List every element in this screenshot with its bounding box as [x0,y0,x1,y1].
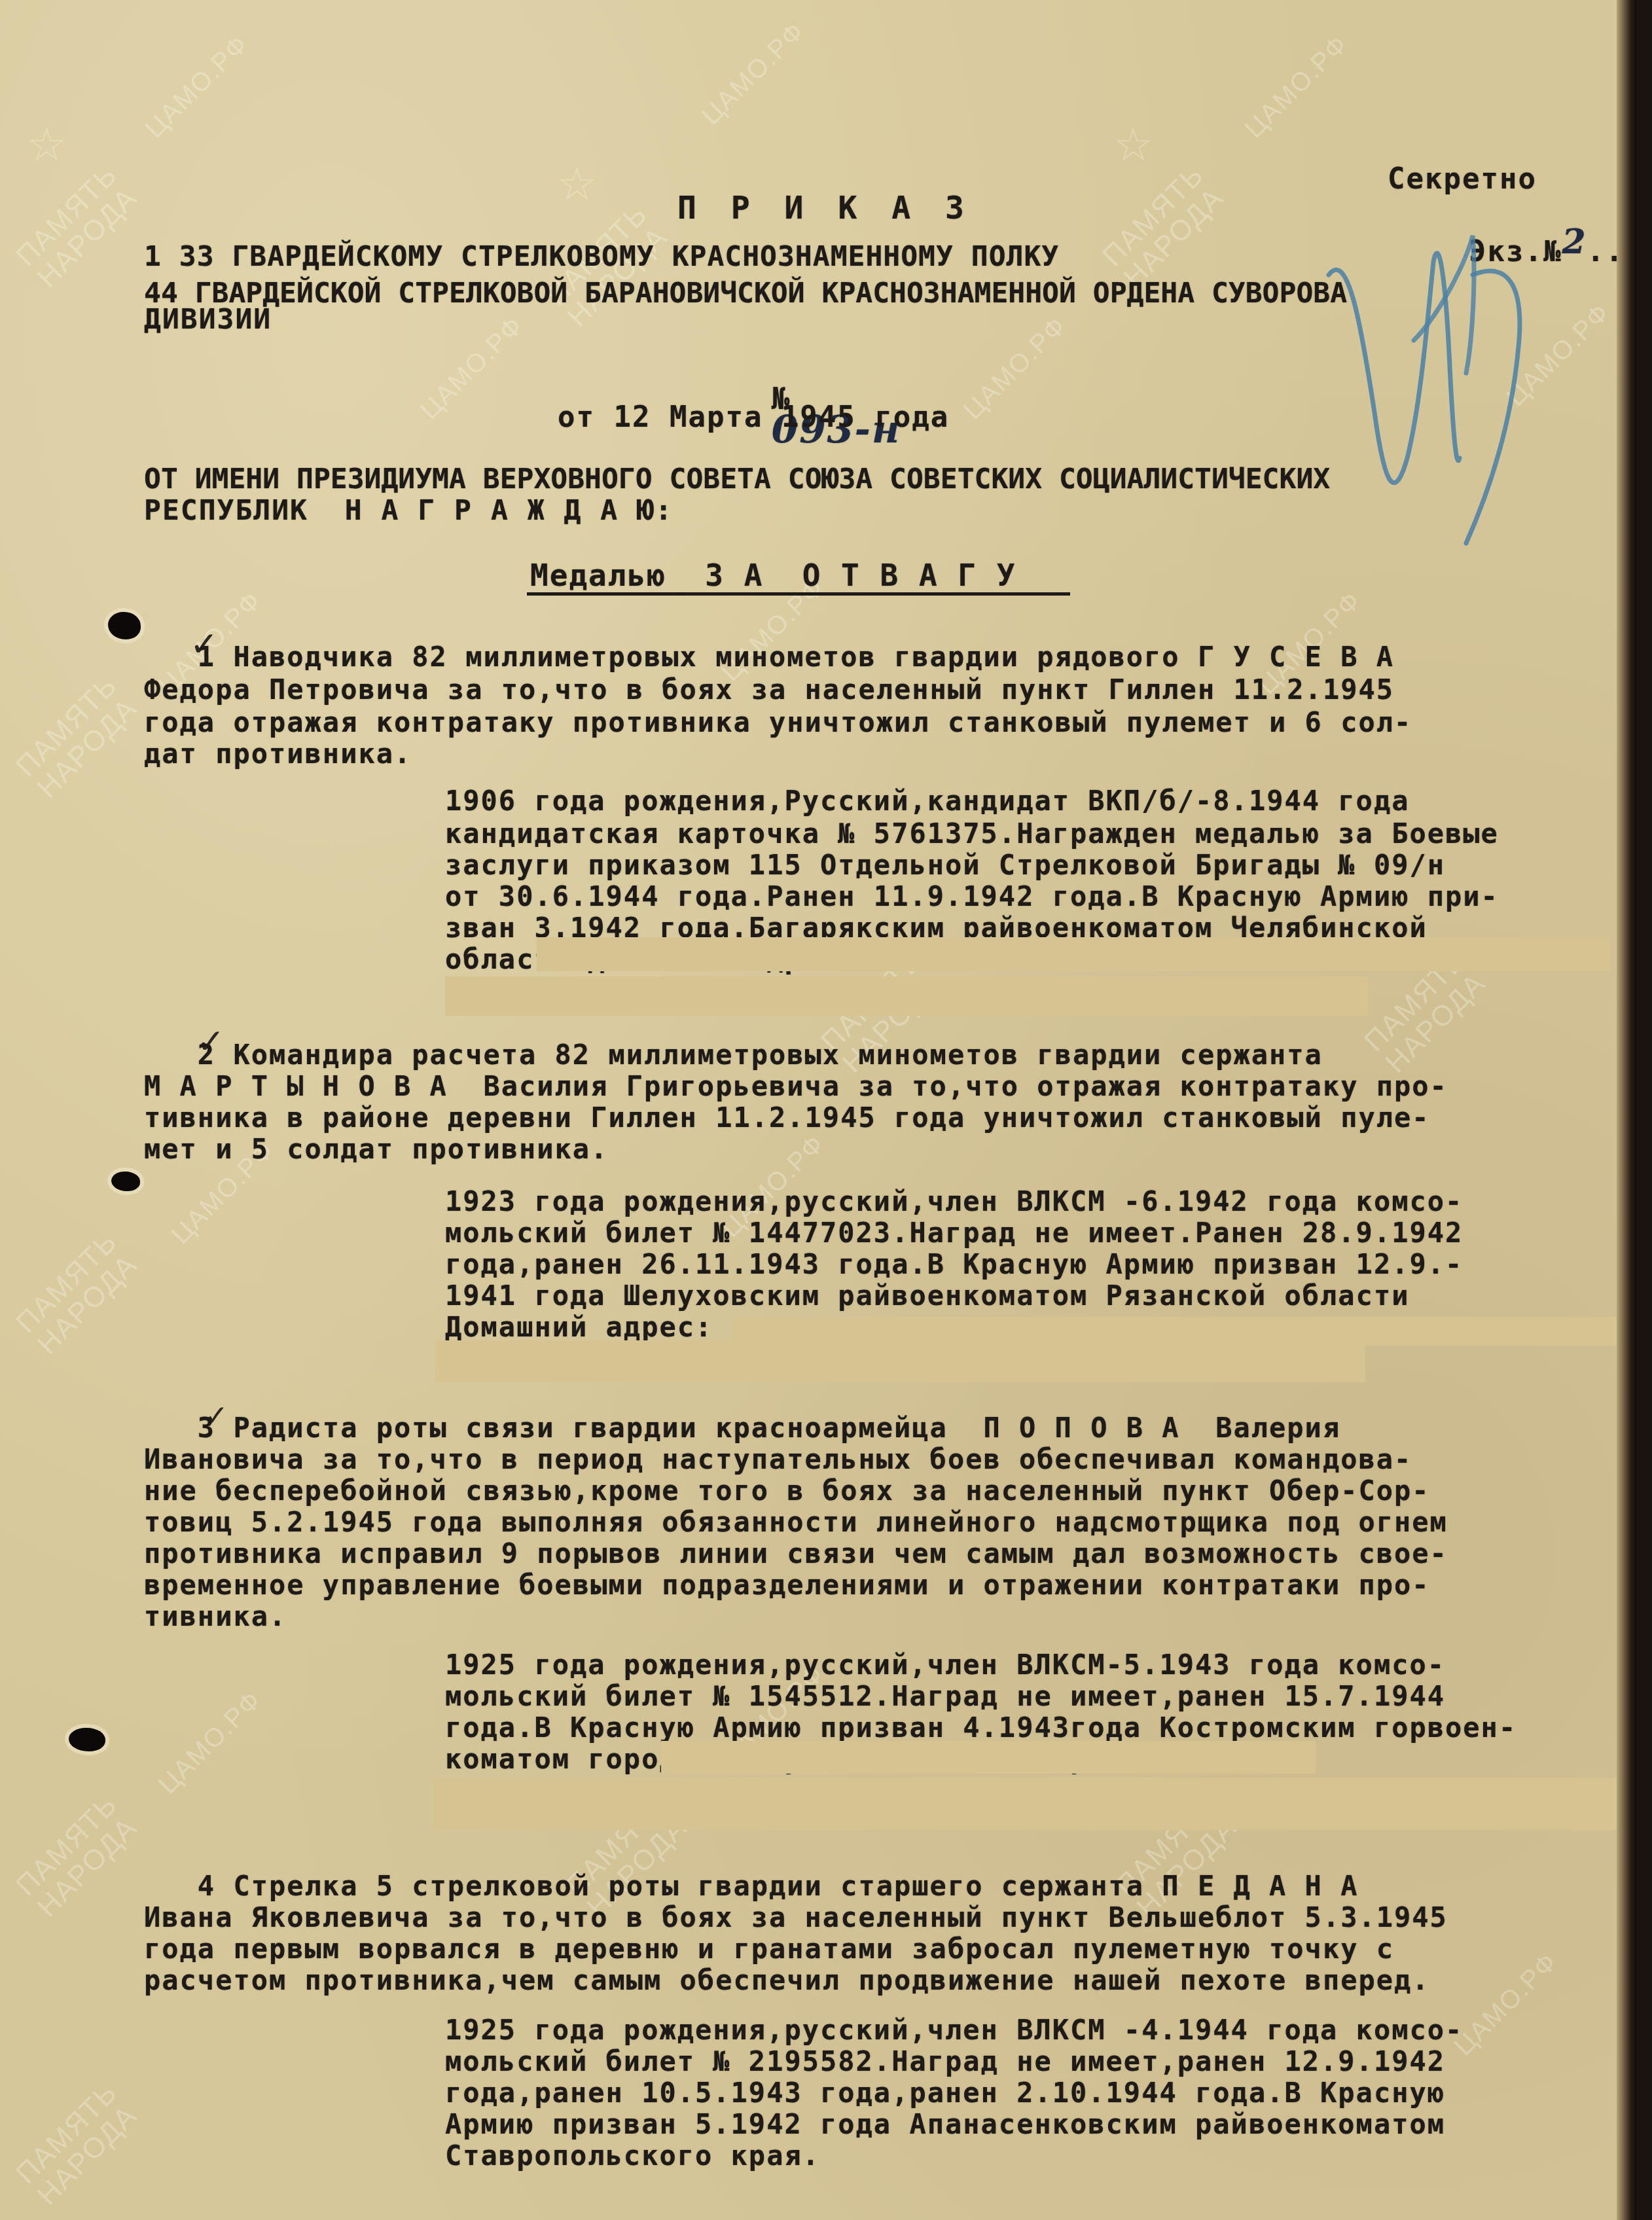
watermark-archive: ЦАМО.РФ [958,311,1073,425]
entry-1-citation-line: дат противника. [144,738,412,770]
entry-3-bio-line: мольский билет № 1545512.Наград не имеет… [445,1681,1445,1712]
award-title: Медалью З А О Т В А Г У [530,558,1016,593]
unit-line-3: ДИВИЗИИ [144,304,272,335]
watermark-project: ПАМЯТЬ НАРОДА [10,1789,144,1923]
punch-hole [111,1172,140,1191]
redacted-address [435,1340,1365,1382]
watermark-archive: ЦАМО.РФ [140,29,255,144]
entry-2-bio-line: 1941 года Шелуховским райвоенкоматом Ряз… [445,1280,1409,1312]
entry-3-citation-line: тивника. [144,1601,287,1632]
entry-4-citation-line: Ивана Яковлевича за то,что в боях за нас… [144,1902,1448,1933]
watermark-archive: ЦАМО.РФ [1240,29,1354,144]
watermark-project: ПАМЯТЬ НАРОДА [10,1226,144,1360]
preamble-line-2: РЕСПУБЛИК Н А Г Р А Ж Д А Ю: [144,495,673,526]
document-page: ЦАМО.РФ ЦАМО.РФ ЦАМО.РФ ЦАМО.РФ ЦАМО.РФ … [0,0,1636,2220]
entry-1-citation-line: 1 Наводчика 82 миллиметровых минометов г… [144,641,1394,673]
watermark-star-icon: ☆ [556,157,598,211]
entry-2-bio-line: года,ранен 26.11.1943 года.В Красную Арм… [445,1249,1463,1280]
entry-3-citation-line: 3 Радиста роты связи гвардии красноармей… [144,1412,1340,1444]
entry-1-bio-line: заслуги приказом 115 Отдельной Стрелково… [445,850,1445,881]
award-title-underline [527,592,1070,596]
pencil-signature-mark [1309,196,1558,563]
entry-3-citation-line: Ивановича за то,что в период наступатель… [144,1444,1412,1475]
entry-2-citation-line: тивника в районе деревни Гиллен 11.2.194… [144,1102,1430,1134]
entry-2-bio-line: 1923 года рождения,русский,член ВЛКСМ -6… [445,1186,1463,1217]
entry-1-citation-line: Федора Петровича за то,что в боях за нас… [144,674,1394,706]
watermark-project: ПАМЯТЬ НАРОДА [10,160,144,293]
redacted-address [433,1778,1636,1830]
watermark-project: ПАМЯТЬ НАРОДА [1097,160,1230,293]
entry-4-bio-line: года,ранен 10.5.1943 года,ранен 2.10.194… [445,2077,1445,2109]
punch-hole [108,612,141,639]
paper-edge [1617,0,1636,2220]
entry-4-citation-line: года первым ворвался в деревню и граната… [144,1933,1394,1965]
entry-2-citation-line: мет и 5 солдат противника. [144,1134,608,1165]
copy-number-value: 2 [1562,222,1587,262]
entry-1-bio-line: 1906 года рождения,Русский,кандидат ВКП/… [445,785,1409,817]
redacted-address [661,1741,1316,1774]
entry-4-bio-line: мольский билет № 2195582.Наград не имеет… [445,2046,1445,2077]
watermark-archive: ЦАМО.РФ [1449,1947,1564,2062]
watermark-archive: ЦАМО.РФ [415,311,530,425]
entry-3-citation-line: временное управление боевыми подразделен… [144,1569,1430,1601]
watermark-project: ПАМЯТЬ НАРОДА [10,2077,144,2211]
entry-2-citation-line: 2 Командира расчета 82 миллиметровых мин… [144,1039,1323,1071]
entry-4-bio-line: Ставропольского края. [445,2140,820,2172]
watermark-star-icon: ☆ [26,118,67,171]
watermark-star-icon: ☆ [1113,118,1154,171]
redacted-address [537,937,1610,971]
unit-line-2: 44 ГВАРДЕЙСКОЙ СТРЕЛКОВОЙ БАРАНОВИЧСКОЙ … [144,277,1347,309]
entry-2-citation-line: М А Р Т Ы Н О В А Василия Григорьевича з… [144,1071,1448,1102]
document-title: П Р И К А З [677,190,972,226]
classification-label: Секретно [1388,162,1537,196]
entry-3-citation-line: ние бесперебойной связью,кроме того в бо… [144,1475,1430,1507]
entry-4-citation-line: 4 Стрелка 5 стрелковой роты гвардии стар… [144,1871,1358,1902]
entry-4-bio-line: 1925 года рождения,русский,член ВЛКСМ -4… [445,2014,1463,2046]
entry-4-citation-line: расчетом противника,чем самым обеспечил … [144,1965,1430,1996]
redacted-address [445,976,1368,1016]
entry-1-citation-line: года отражая контратаку противника уничт… [144,707,1412,738]
entry-2-bio-line: мольский билет № 14477023.Наград не имее… [445,1217,1463,1249]
punch-hole [69,1728,105,1751]
preamble-line-1: ОТ ИМЕНИ ПРЕЗИДИУМА ВЕРХОВНОГО СОВЕТА СО… [144,463,1330,495]
entry-1-bio-line: от 30.6.1944 года.Ранен 11.9.1942 года.В… [445,881,1499,912]
order-date: от 12 Марта 1945 года [558,401,949,434]
entry-3-citation-line: противника исправил 9 порывов линии связ… [144,1538,1448,1569]
entry-1-bio-line: кандидатская карточка № 5761375.Награжде… [445,818,1499,850]
entry-3-citation-line: товиц 5.2.1945 года выполняя обязанности… [144,1507,1448,1538]
watermark-project: ПАМЯТЬ НАРОДА [10,670,144,804]
unit-line-1: 1 33 ГВАРДЕЙСКОМУ СТРЕЛКОВОМУ КРАСНОЗНАМ… [144,241,1059,272]
watermark-archive: ЦАМО.РФ [153,1685,268,1800]
entry-4-bio-line: Армию призван 5.1942 года Апанасенковски… [445,2109,1445,2140]
watermark-archive: ЦАМО.РФ [696,16,811,131]
entry-3-bio-line: 1925 года рождения,русский,член ВЛКСМ-5.… [445,1649,1445,1681]
entry-2-bio-line: Домашний адрес: [445,1312,713,1343]
entry-3-bio-line: года.В Красную Армию призван 4.1943года … [445,1712,1517,1744]
